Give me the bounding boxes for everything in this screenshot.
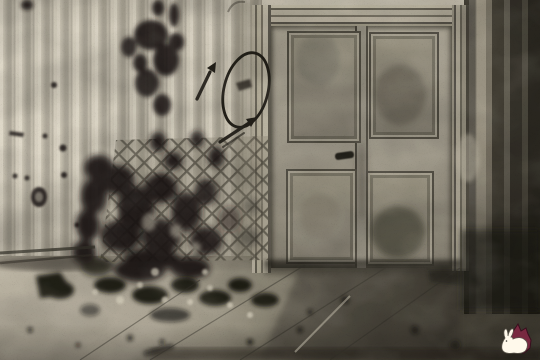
rabbit-eye bbox=[506, 340, 508, 342]
film-grain bbox=[0, 0, 540, 360]
photo-overlay bbox=[0, 0, 540, 360]
photo-basement-room bbox=[0, 0, 540, 360]
